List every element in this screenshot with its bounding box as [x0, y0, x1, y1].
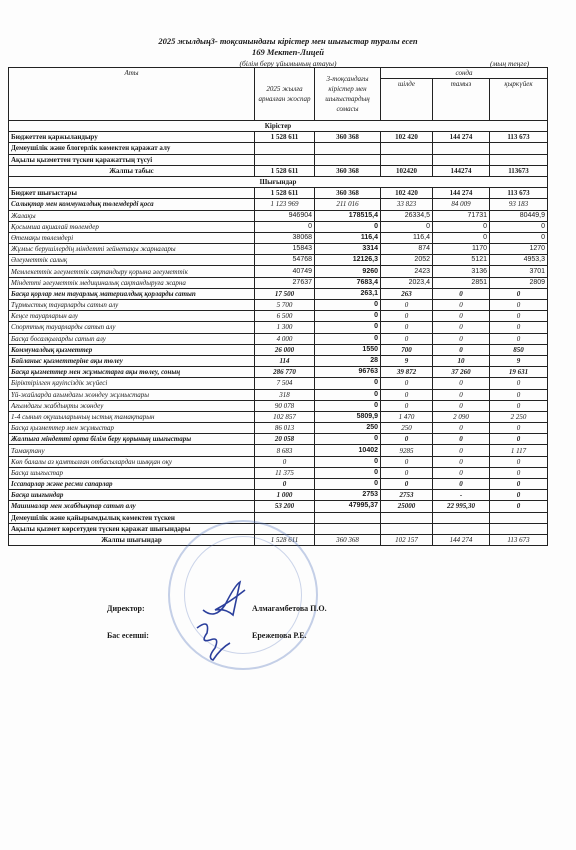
cell-august: 10 — [433, 355, 490, 366]
row-label: Тұрмыстық тауарларды сатып алу — [9, 300, 255, 311]
cell-september: 0 — [490, 467, 548, 478]
cell-july: 33 823 — [381, 199, 433, 210]
cell-plan: 40749 — [255, 266, 315, 277]
cell-july: 0 — [381, 389, 433, 400]
table-row: Жалақы946904178515,426334,57173180449,9 — [9, 210, 548, 221]
cell-q3-sum — [315, 143, 381, 154]
table-row: Басқа шығыстар11 3750000 — [9, 467, 548, 478]
cell-q3-sum: 96763 — [315, 367, 381, 378]
cell-september: 1270 — [490, 244, 548, 255]
cell-plan: 102 857 — [255, 411, 315, 422]
cell-plan: 8 683 — [255, 445, 315, 456]
cell-plan — [255, 512, 315, 523]
table-row: Міндетті әлеуметтік медициналық сақтанды… — [9, 277, 548, 288]
cell-q3-sum: 9260 — [315, 266, 381, 277]
table-row: Байланыс қызметтеріне ақы төлеу114289109 — [9, 355, 548, 366]
cell-july: 102 157 — [381, 534, 433, 545]
cell-q3-sum — [315, 512, 381, 523]
cell-july: 0 — [381, 467, 433, 478]
cell-september — [490, 523, 548, 534]
cell-q3-sum: 28 — [315, 355, 381, 366]
row-label: Басқа босалқыларды сатып алу — [9, 333, 255, 344]
cell-september: 80449,9 — [490, 210, 548, 221]
row-label: Ағымдағы жабдықты жөндеу — [9, 400, 255, 411]
cell-july: 116,4 — [381, 232, 433, 243]
table-row: Басқа босалқыларды сатып алу4 0000000 — [9, 333, 548, 344]
cell-plan: 4 000 — [255, 333, 315, 344]
table-row: Машиналар мен жабдықтар сатып алу53 2004… — [9, 501, 548, 512]
row-label: Ақылы қызметтен түскен қаражаттың түсуі — [9, 154, 255, 165]
cell-august: 0 — [433, 311, 490, 322]
cell-september: 113 673 — [490, 188, 548, 199]
cell-july: 26334,5 — [381, 210, 433, 221]
table-row: Басқа шығындар1 00027532753-0 — [9, 490, 548, 501]
cell-q3-sum: 0 — [315, 322, 381, 333]
cell-q3-sum: 7683,4 — [315, 277, 381, 288]
row-label: Бюджеттен қаржыландыру — [9, 132, 255, 143]
director-label: Директор: — [107, 604, 145, 613]
cell-q3-sum: 1550 — [315, 344, 381, 355]
table-row: Біріктірілген қауіпсіздік жүйесі7 504000… — [9, 378, 548, 389]
cell-september: 0 — [490, 456, 548, 467]
cell-september: 113 673 — [490, 132, 548, 143]
table-row: Спорттық тауарларды сатып алу1 3000000 — [9, 322, 548, 333]
expense-section-header-label: Шығындар — [9, 176, 548, 187]
cell-july: 2052 — [381, 255, 433, 266]
table-row: Қосымша ақшалай төлемдер00000 — [9, 221, 548, 232]
cell-july: 2023,4 — [381, 277, 433, 288]
row-label: Басқа қызметтер мен жұмыстар — [9, 423, 255, 434]
cell-july: 0 — [381, 311, 433, 322]
cell-plan: 90 078 — [255, 400, 315, 411]
cell-september — [490, 143, 548, 154]
row-label: Іссапарлар және ресми сапарлар — [9, 479, 255, 490]
cell-plan: 1 528 611 — [255, 188, 315, 199]
table-row: Жалпыға міндетті орта білім беру қорының… — [9, 434, 548, 445]
cell-september: 0 — [490, 423, 548, 434]
cell-september: 0 — [490, 300, 548, 311]
cell-plan: 15843 — [255, 244, 315, 255]
cell-q3-sum: 47995,37 — [315, 501, 381, 512]
cell-august: 0 — [433, 378, 490, 389]
table-row: Жұмыс берушілердің міндетті зейнетақы жа… — [9, 244, 548, 255]
cell-plan: 38068 — [255, 232, 315, 243]
cell-july: 9285 — [381, 445, 433, 456]
cell-september: 0 — [490, 311, 548, 322]
cell-q3-sum: 250 — [315, 423, 381, 434]
cell-september: 0 — [490, 288, 548, 299]
cell-august: 84 009 — [433, 199, 490, 210]
income-section-header-label: Кірістер — [9, 121, 548, 132]
cell-plan: 1 000 — [255, 490, 315, 501]
cell-plan: 26 000 — [255, 344, 315, 355]
accountant-label: Бас есепші: — [107, 631, 149, 640]
cell-september: 850 — [490, 344, 548, 355]
cell-july: 263 — [381, 288, 433, 299]
table-row: Басқа қызметтер мен жұмыстарға ақы төлеу… — [9, 367, 548, 378]
cell-july: 0 — [381, 221, 433, 232]
cell-september: 93 183 — [490, 199, 548, 210]
cell-q3-sum: 116,4 — [315, 232, 381, 243]
accountant-name: Ережепова Р.Е. — [252, 631, 307, 640]
cell-september: 0 — [490, 501, 548, 512]
cell-july: 874 — [381, 244, 433, 255]
cell-plan: 286 770 — [255, 367, 315, 378]
cell-september: 2 250 — [490, 411, 548, 422]
cell-july: 25000 — [381, 501, 433, 512]
income-section-header: Кірістер — [9, 121, 548, 132]
cell-august: 0 — [433, 467, 490, 478]
cell-august: 0 — [433, 456, 490, 467]
cell-q3-sum: 0 — [315, 221, 381, 232]
row-label: Тамақтану — [9, 445, 255, 456]
director-name: Алмагамбетова П.О. — [252, 604, 327, 613]
table-row: Әлеуметтік салық5476812126,3205251214953… — [9, 255, 548, 266]
cell-august: 5121 — [433, 255, 490, 266]
cell-q3-sum: 5809,9 — [315, 411, 381, 422]
cell-plan: 11 375 — [255, 467, 315, 478]
row-label: Әлеуметтік салық — [9, 255, 255, 266]
cell-q3-sum: 0 — [315, 456, 381, 467]
column-header-plan: 2025 жылға арналған жоспар — [255, 68, 315, 121]
cell-plan: 318 — [255, 389, 315, 400]
cell-q3-sum: 0 — [315, 400, 381, 411]
cell-july — [381, 154, 433, 165]
cell-september: 0 — [490, 389, 548, 400]
cell-august: 0 — [433, 423, 490, 434]
cell-september: 9 — [490, 355, 548, 366]
table-row: Коммуналдық қызметтер26 00015507000850 — [9, 344, 548, 355]
cell-september: 3701 — [490, 266, 548, 277]
cell-july: 102420 — [381, 165, 433, 176]
table-row: Бюджет шығыстары1 528 611360 368102 4201… — [9, 188, 548, 199]
cell-august: 0 — [433, 434, 490, 445]
cell-august: 144 274 — [433, 132, 490, 143]
cell-august: 0 — [433, 322, 490, 333]
cell-august: 71731 — [433, 210, 490, 221]
cell-plan: 6 500 — [255, 311, 315, 322]
cell-q3-sum: 0 — [315, 467, 381, 478]
cell-july: 9 — [381, 355, 433, 366]
cell-september — [490, 512, 548, 523]
cell-september — [490, 154, 548, 165]
table-row: Бюджеттен қаржыландыру1 528 611360 36810… — [9, 132, 548, 143]
cell-q3-sum: 0 — [315, 333, 381, 344]
row-label: Көп балалы аз қамтылған отбасылардан шық… — [9, 456, 255, 467]
row-label: Жалпыға міндетті орта білім беру қорының… — [9, 434, 255, 445]
cell-august: 0 — [433, 344, 490, 355]
income-total-row: Жалпы табыс1 528 611360 3681024201442741… — [9, 165, 548, 176]
cell-september: 0 — [490, 479, 548, 490]
cell-q3-sum: 0 — [315, 389, 381, 400]
row-label: Қосымша ақшалай төлемдер — [9, 221, 255, 232]
cell-august: 3136 — [433, 266, 490, 277]
cell-july: 39 872 — [381, 367, 433, 378]
row-label: Міндетті әлеуметтік медициналық сақтанды… — [9, 277, 255, 288]
cell-q3-sum: 0 — [315, 311, 381, 322]
cell-plan: 114 — [255, 355, 315, 366]
row-label: Үй-жайларда ағымдағы жөндеу жұмыстары — [9, 389, 255, 400]
expense-section-header: Шығындар — [9, 176, 548, 187]
cell-q3-sum: 12126,3 — [315, 255, 381, 266]
cell-july: 0 — [381, 434, 433, 445]
table-row: Демеушілік және қайырымдылық көмектен тү… — [9, 512, 548, 523]
cell-august: 144 274 — [433, 188, 490, 199]
cell-july: 2753 — [381, 490, 433, 501]
cell-august: 0 — [433, 479, 490, 490]
report-title: 2025 жылдың3- тоқсанындағы кірістер мен … — [0, 36, 576, 46]
cell-august: 0 — [433, 300, 490, 311]
row-label: Спорттық тауарларды сатып алу — [9, 322, 255, 333]
cell-september: 0 — [490, 232, 548, 243]
cell-august — [433, 143, 490, 154]
cell-q3-sum: 0 — [315, 300, 381, 311]
cell-september: 113 673 — [490, 534, 548, 545]
column-header-july: шілде — [381, 79, 433, 121]
row-label: Басқа қорлар мен тауарлық материалдық қо… — [9, 288, 255, 299]
cell-august: 2 090 — [433, 411, 490, 422]
table-row: Ағымдағы жабдықты жөндеу90 0780000 — [9, 400, 548, 411]
row-label: Жұмыс берушілердің міндетті зейнетақы жа… — [9, 244, 255, 255]
column-header-september: қыркүйек — [490, 79, 548, 121]
cell-august: 0 — [433, 232, 490, 243]
cell-september: 0 — [490, 333, 548, 344]
row-label: Басқа қызметтер мен жұмыстарға ақы төлеу… — [9, 367, 255, 378]
cell-july: 0 — [381, 456, 433, 467]
organization-name: 169 Мектеп-Лицей — [0, 47, 576, 57]
table-row: Демеушілік және блогерлік көмектен қараж… — [9, 143, 548, 154]
cell-july: 2423 — [381, 266, 433, 277]
row-label: Біріктірілген қауіпсіздік жүйесі — [9, 378, 255, 389]
cell-plan: 1 528 611 — [255, 132, 315, 143]
report-page: 2025 жылдың3- тоқсанындағы кірістер мен … — [0, 0, 576, 850]
column-header-name: Аты — [9, 68, 255, 121]
row-label: Коммуналдық қызметтер — [9, 344, 255, 355]
row-label: Жалпы табыс — [9, 165, 255, 176]
cell-august: 2851 — [433, 277, 490, 288]
cell-august: 0 — [433, 288, 490, 299]
table-row: Үй-жайларда ағымдағы жөндеу жұмыстары318… — [9, 389, 548, 400]
cell-q3-sum: 211 016 — [315, 199, 381, 210]
cell-july: 0 — [381, 333, 433, 344]
cell-plan: 0 — [255, 479, 315, 490]
cell-september: 0 — [490, 378, 548, 389]
column-header-including: сонда — [381, 68, 548, 79]
cell-july — [381, 523, 433, 534]
row-label: Салықтар мен коммуналдық төлемдерді қоса — [9, 199, 255, 210]
table-row: Салықтар мен коммуналдық төлемдерді қоса… — [9, 199, 548, 210]
cell-july: 700 — [381, 344, 433, 355]
cell-august: 0 — [433, 445, 490, 456]
cell-september: 0 — [490, 490, 548, 501]
cell-q3-sum: 10402 — [315, 445, 381, 456]
cell-august: - — [433, 490, 490, 501]
row-label: Басқа шығыстар — [9, 467, 255, 478]
column-header-august: тамыз — [433, 79, 490, 121]
cell-july: 0 — [381, 322, 433, 333]
cell-september: 2809 — [490, 277, 548, 288]
table-row: Іссапарлар және ресми сапарлар00000 — [9, 479, 548, 490]
table-row: Өтемақы төлемдері38068116,4116,400 — [9, 232, 548, 243]
cell-plan: 1 123 969 — [255, 199, 315, 210]
cell-plan: 27637 — [255, 277, 315, 288]
cell-july: 250 — [381, 423, 433, 434]
cell-july: 0 — [381, 378, 433, 389]
cell-september: 0 — [490, 400, 548, 411]
cell-august — [433, 154, 490, 165]
income-expense-table: Аты 2025 жылға арналған жоспар 3-тоқсанд… — [8, 67, 548, 546]
cell-plan — [255, 143, 315, 154]
table-row: Тұрмыстық тауарларды сатып алу5 7000000 — [9, 300, 548, 311]
cell-july: 1 470 — [381, 411, 433, 422]
cell-q3-sum — [315, 523, 381, 534]
cell-q3-sum: 360 368 — [315, 534, 381, 545]
cell-q3-sum: 0 — [315, 378, 381, 389]
cell-q3-sum: 360 368 — [315, 188, 381, 199]
table-row: Ақылы қызметтен түскен қаражаттың түсуі — [9, 154, 548, 165]
cell-august: 1170 — [433, 244, 490, 255]
cell-plan: 86 013 — [255, 423, 315, 434]
cell-q3-sum: 0 — [315, 479, 381, 490]
cell-july: 102 420 — [381, 132, 433, 143]
row-label: Бюджет шығыстары — [9, 188, 255, 199]
cell-september: 0 — [490, 221, 548, 232]
cell-q3-sum: 360 368 — [315, 132, 381, 143]
cell-july — [381, 143, 433, 154]
cell-july: 102 420 — [381, 188, 433, 199]
cell-q3-sum: 3314 — [315, 244, 381, 255]
cell-plan: 20 058 — [255, 434, 315, 445]
cell-plan: 0 — [255, 221, 315, 232]
cell-august: 22 995,30 — [433, 501, 490, 512]
column-header-q3-sum: 3-тоқсандағы кірістер мен шығыстардың со… — [315, 68, 381, 121]
cell-plan: 1 300 — [255, 322, 315, 333]
cell-plan: 0 — [255, 456, 315, 467]
row-label: Кеңсе тауарларын алу — [9, 311, 255, 322]
table-row: Мемлекеттік әлеуметтік сақтандыру қорына… — [9, 266, 548, 277]
cell-august: 37 260 — [433, 367, 490, 378]
cell-q3-sum: 2753 — [315, 490, 381, 501]
cell-august: 144 274 — [433, 534, 490, 545]
row-label: Өтемақы төлемдері — [9, 232, 255, 243]
row-label: Басқа шығындар — [9, 490, 255, 501]
cell-september: 113673 — [490, 165, 548, 176]
cell-plan: 54768 — [255, 255, 315, 266]
row-label: Демеушілік және блогерлік көмектен қараж… — [9, 143, 255, 154]
table-row: Көп балалы аз қамтылған отбасылардан шық… — [9, 456, 548, 467]
cell-q3-sum: 263,1 — [315, 288, 381, 299]
cell-september: 0 — [490, 434, 548, 445]
row-label: 1-4 сынып оқушыларының ыстық тамақтарын — [9, 411, 255, 422]
row-label: Машиналар мен жабдықтар сатып алу — [9, 501, 255, 512]
cell-july — [381, 512, 433, 523]
row-label: Демеушілік және қайырымдылық көмектен тү… — [9, 512, 255, 523]
cell-q3-sum: 178515,4 — [315, 210, 381, 221]
row-label: Жалақы — [9, 210, 255, 221]
cell-plan: 5 700 — [255, 300, 315, 311]
cell-july: 0 — [381, 300, 433, 311]
cell-september: 0 — [490, 322, 548, 333]
cell-q3-sum: 0 — [315, 434, 381, 445]
table-body: КірістерБюджеттен қаржыландыру1 528 6113… — [9, 121, 548, 546]
cell-q3-sum — [315, 154, 381, 165]
cell-september: 1 117 — [490, 445, 548, 456]
cell-plan — [255, 154, 315, 165]
cell-q3-sum: 360 368 — [315, 165, 381, 176]
cell-august: 0 — [433, 333, 490, 344]
cell-august: 0 — [433, 400, 490, 411]
cell-plan: 7 504 — [255, 378, 315, 389]
row-label: Байланыс қызметтеріне ақы төлеу — [9, 355, 255, 366]
table-row: Басқа қызметтер мен жұмыстар86 013250250… — [9, 423, 548, 434]
cell-august: 0 — [433, 221, 490, 232]
table-row: 1-4 сынып оқушыларының ыстық тамақтарын1… — [9, 411, 548, 422]
row-label: Мемлекеттік әлеуметтік сақтандыру қорына… — [9, 266, 255, 277]
cell-august: 144274 — [433, 165, 490, 176]
table-row: Кеңсе тауарларын алу6 5000000 — [9, 311, 548, 322]
cell-plan: 946904 — [255, 210, 315, 221]
cell-august — [433, 512, 490, 523]
cell-plan: 1 528 611 — [255, 165, 315, 176]
cell-plan: 17 500 — [255, 288, 315, 299]
cell-september: 4953,3 — [490, 255, 548, 266]
cell-august: 0 — [433, 389, 490, 400]
table-row: Тамақтану8 68310402928501 117 — [9, 445, 548, 456]
cell-september: 19 631 — [490, 367, 548, 378]
table-row: Басқа қорлар мен тауарлық материалдық қо… — [9, 288, 548, 299]
cell-july: 0 — [381, 479, 433, 490]
cell-august — [433, 523, 490, 534]
cell-plan: 53 200 — [255, 501, 315, 512]
cell-july: 0 — [381, 400, 433, 411]
